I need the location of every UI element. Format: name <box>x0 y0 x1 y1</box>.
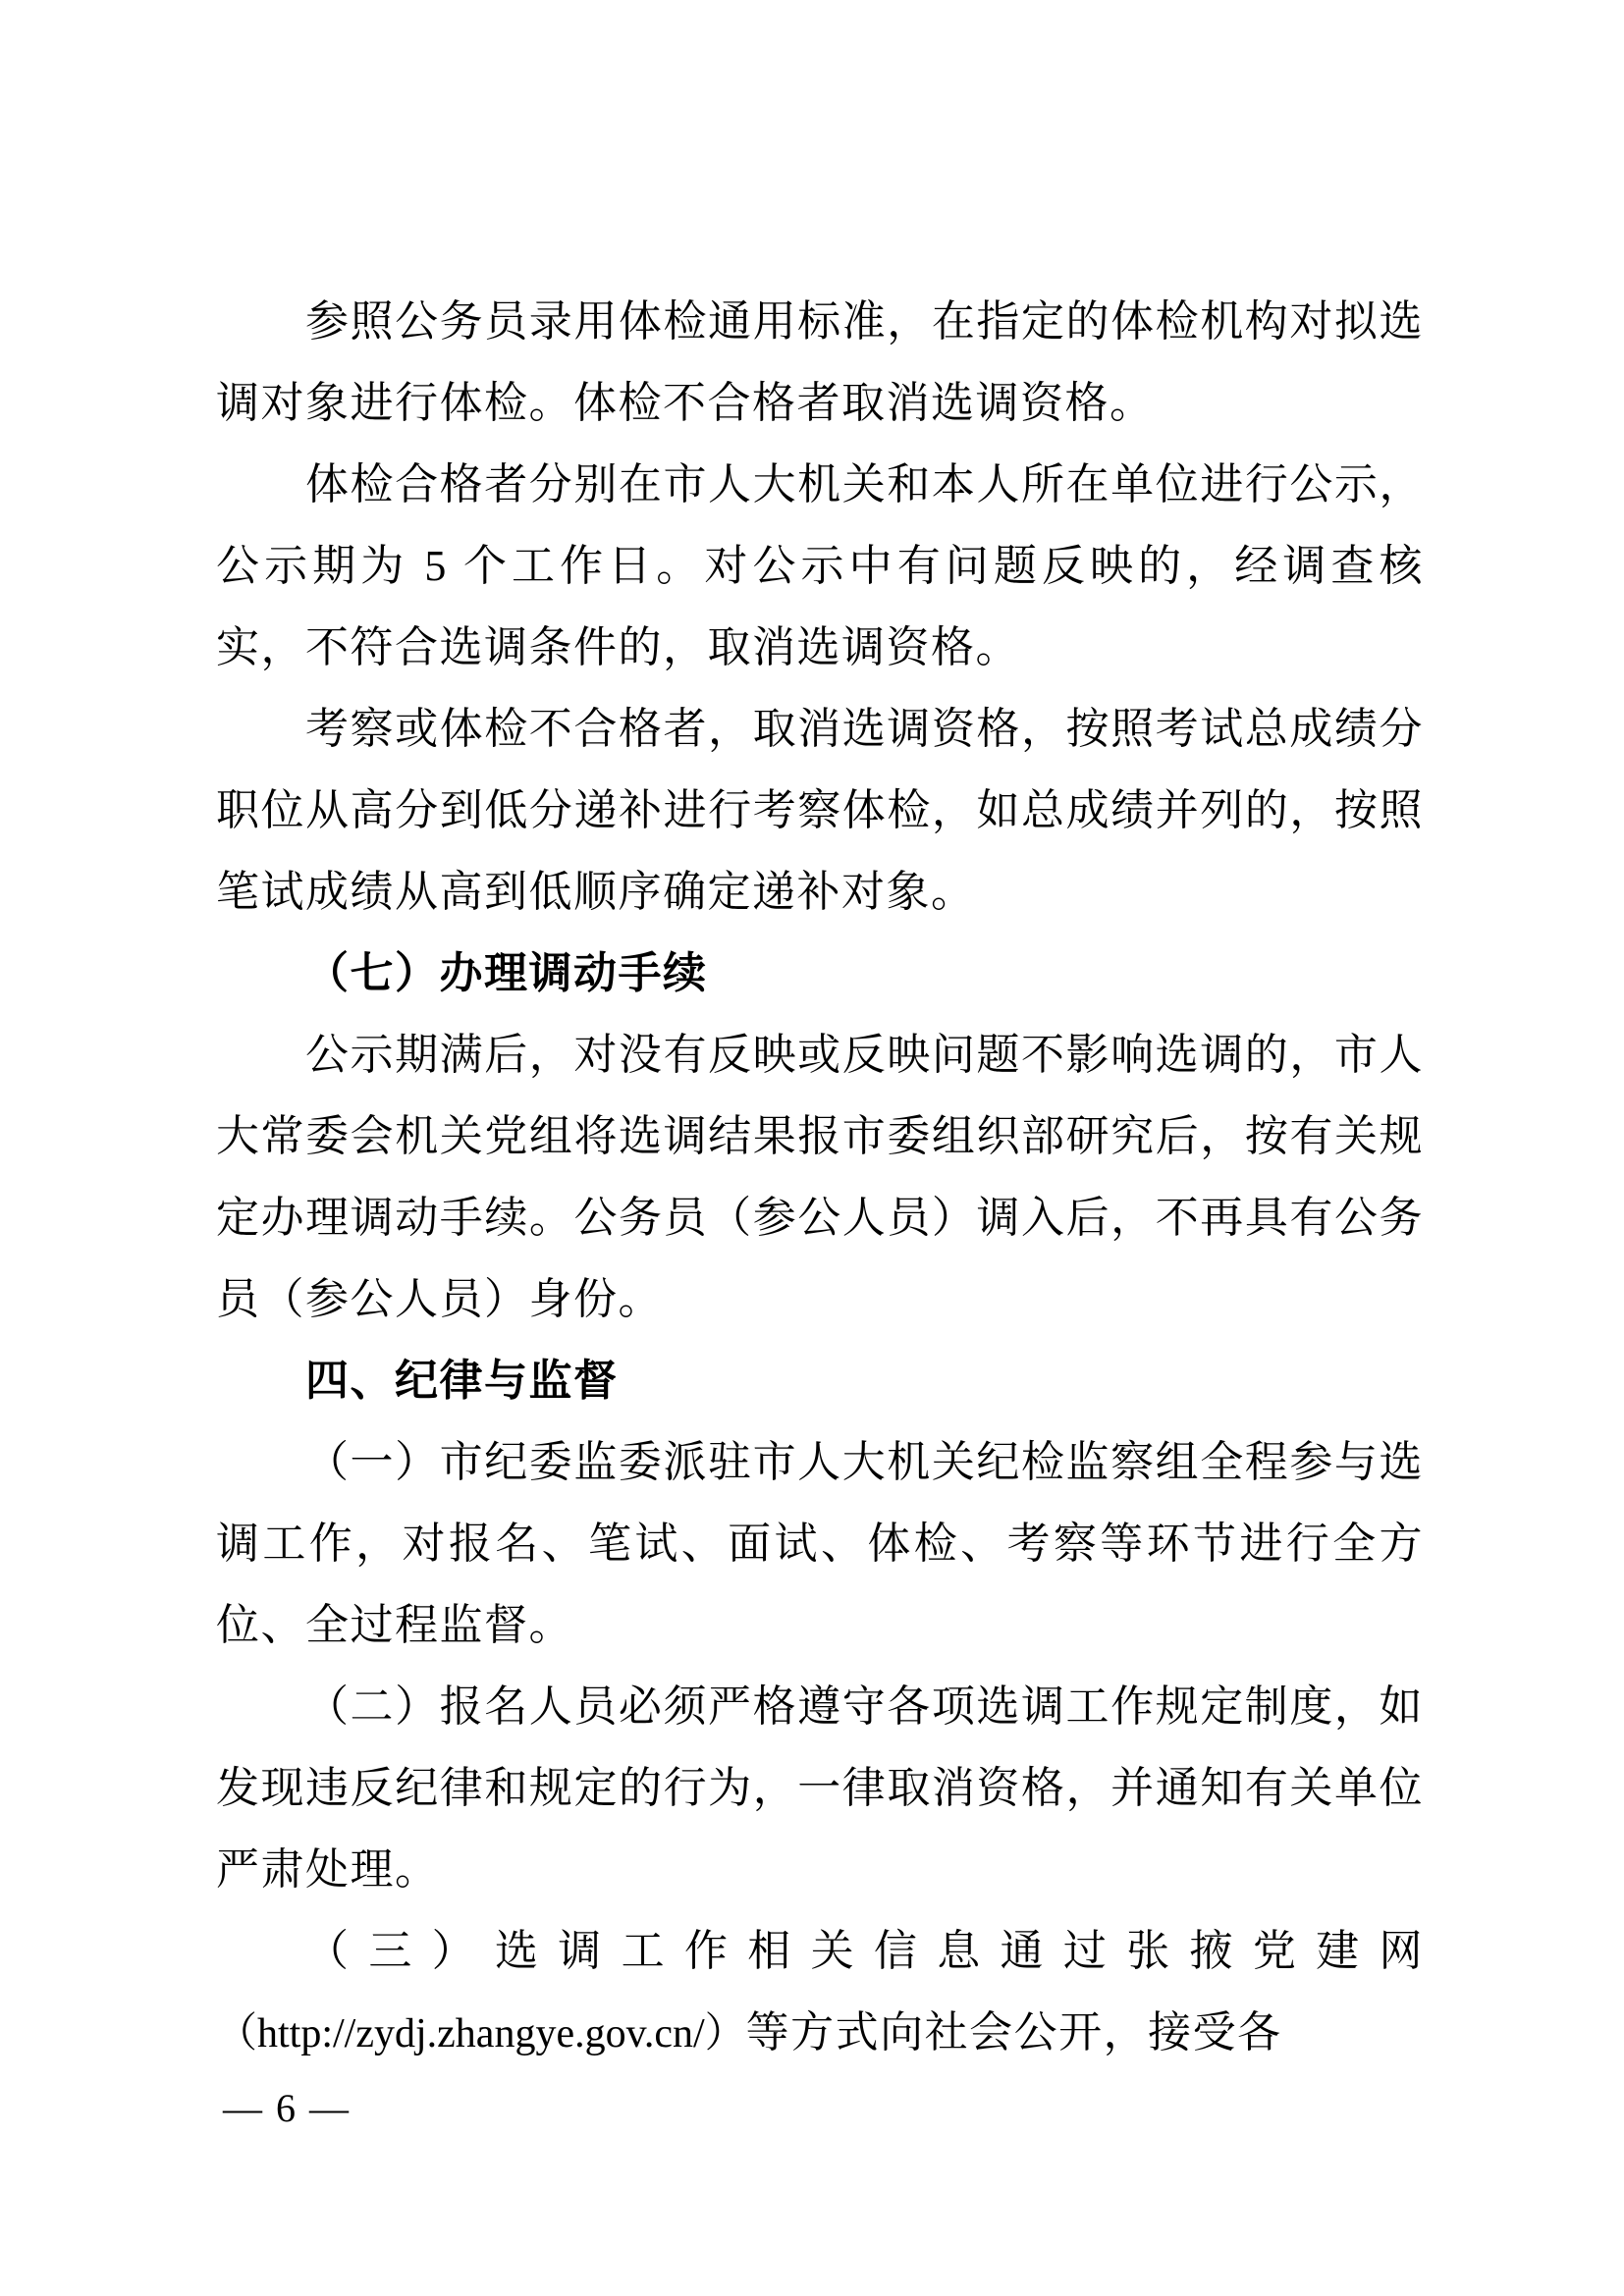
paragraph-transfer-process: 公示期满后，对没有反映或反映问题不影响选调的，市人大常委会机关党组将选调结果报市… <box>216 1014 1424 1340</box>
party-building-website-url: （http://zydj.zhangye.gov.cn/） <box>216 2011 746 2056</box>
heading-discipline-supervision: 四、纪律与监督 <box>216 1340 1424 1421</box>
document-page: 参照公务员录用体检通用标准，在指定的体检机构对拟选调对象进行体检。体检不合格者取… <box>0 0 1624 2296</box>
paragraph-public-notice: 体检合格者分别在市人大机关和本人所在单位进行公示，公示期为 5 个工作日。对公示… <box>216 444 1424 688</box>
item-3-text-before-url: （三）选调工作相关信息通过张掖党建网 <box>305 1927 1424 1975</box>
paragraph-supervision-item-2: （二）报名人员必须严格遵守各项选调工作规定制度，如发现违反纪律和规定的行为，一律… <box>216 1666 1424 1910</box>
paragraph-supervision-item-1: （一）市纪委监委派驻市人大机关纪检监察组全程参与选调工作，对报名、笔试、面试、体… <box>216 1421 1424 1666</box>
heading-transfer-procedures: （七）办理调动手续 <box>216 933 1424 1014</box>
item-3-text-after-url: 等方式向社会公开，接受各 <box>746 2008 1282 2056</box>
paragraph-replacement-rule: 考察或体检不合格者，取消选调资格，按照考试总成绩分职位从高分到低分递补进行考察体… <box>216 688 1424 933</box>
page-number: — 6 — <box>223 2086 351 2130</box>
page-footer: — 6 — <box>223 2089 351 2128</box>
paragraph-medical-exam: 参照公务员录用体检通用标准，在指定的体检机构对拟选调对象进行体检。体检不合格者取… <box>216 281 1424 444</box>
document-body: 参照公务员录用体检通用标准，在指定的体检机构对拟选调对象进行体检。体检不合格者取… <box>216 281 1424 2075</box>
paragraph-supervision-item-3: （三）选调工作相关信息通过张掖党建网（http://zydj.zhangye.g… <box>216 1910 1424 2075</box>
